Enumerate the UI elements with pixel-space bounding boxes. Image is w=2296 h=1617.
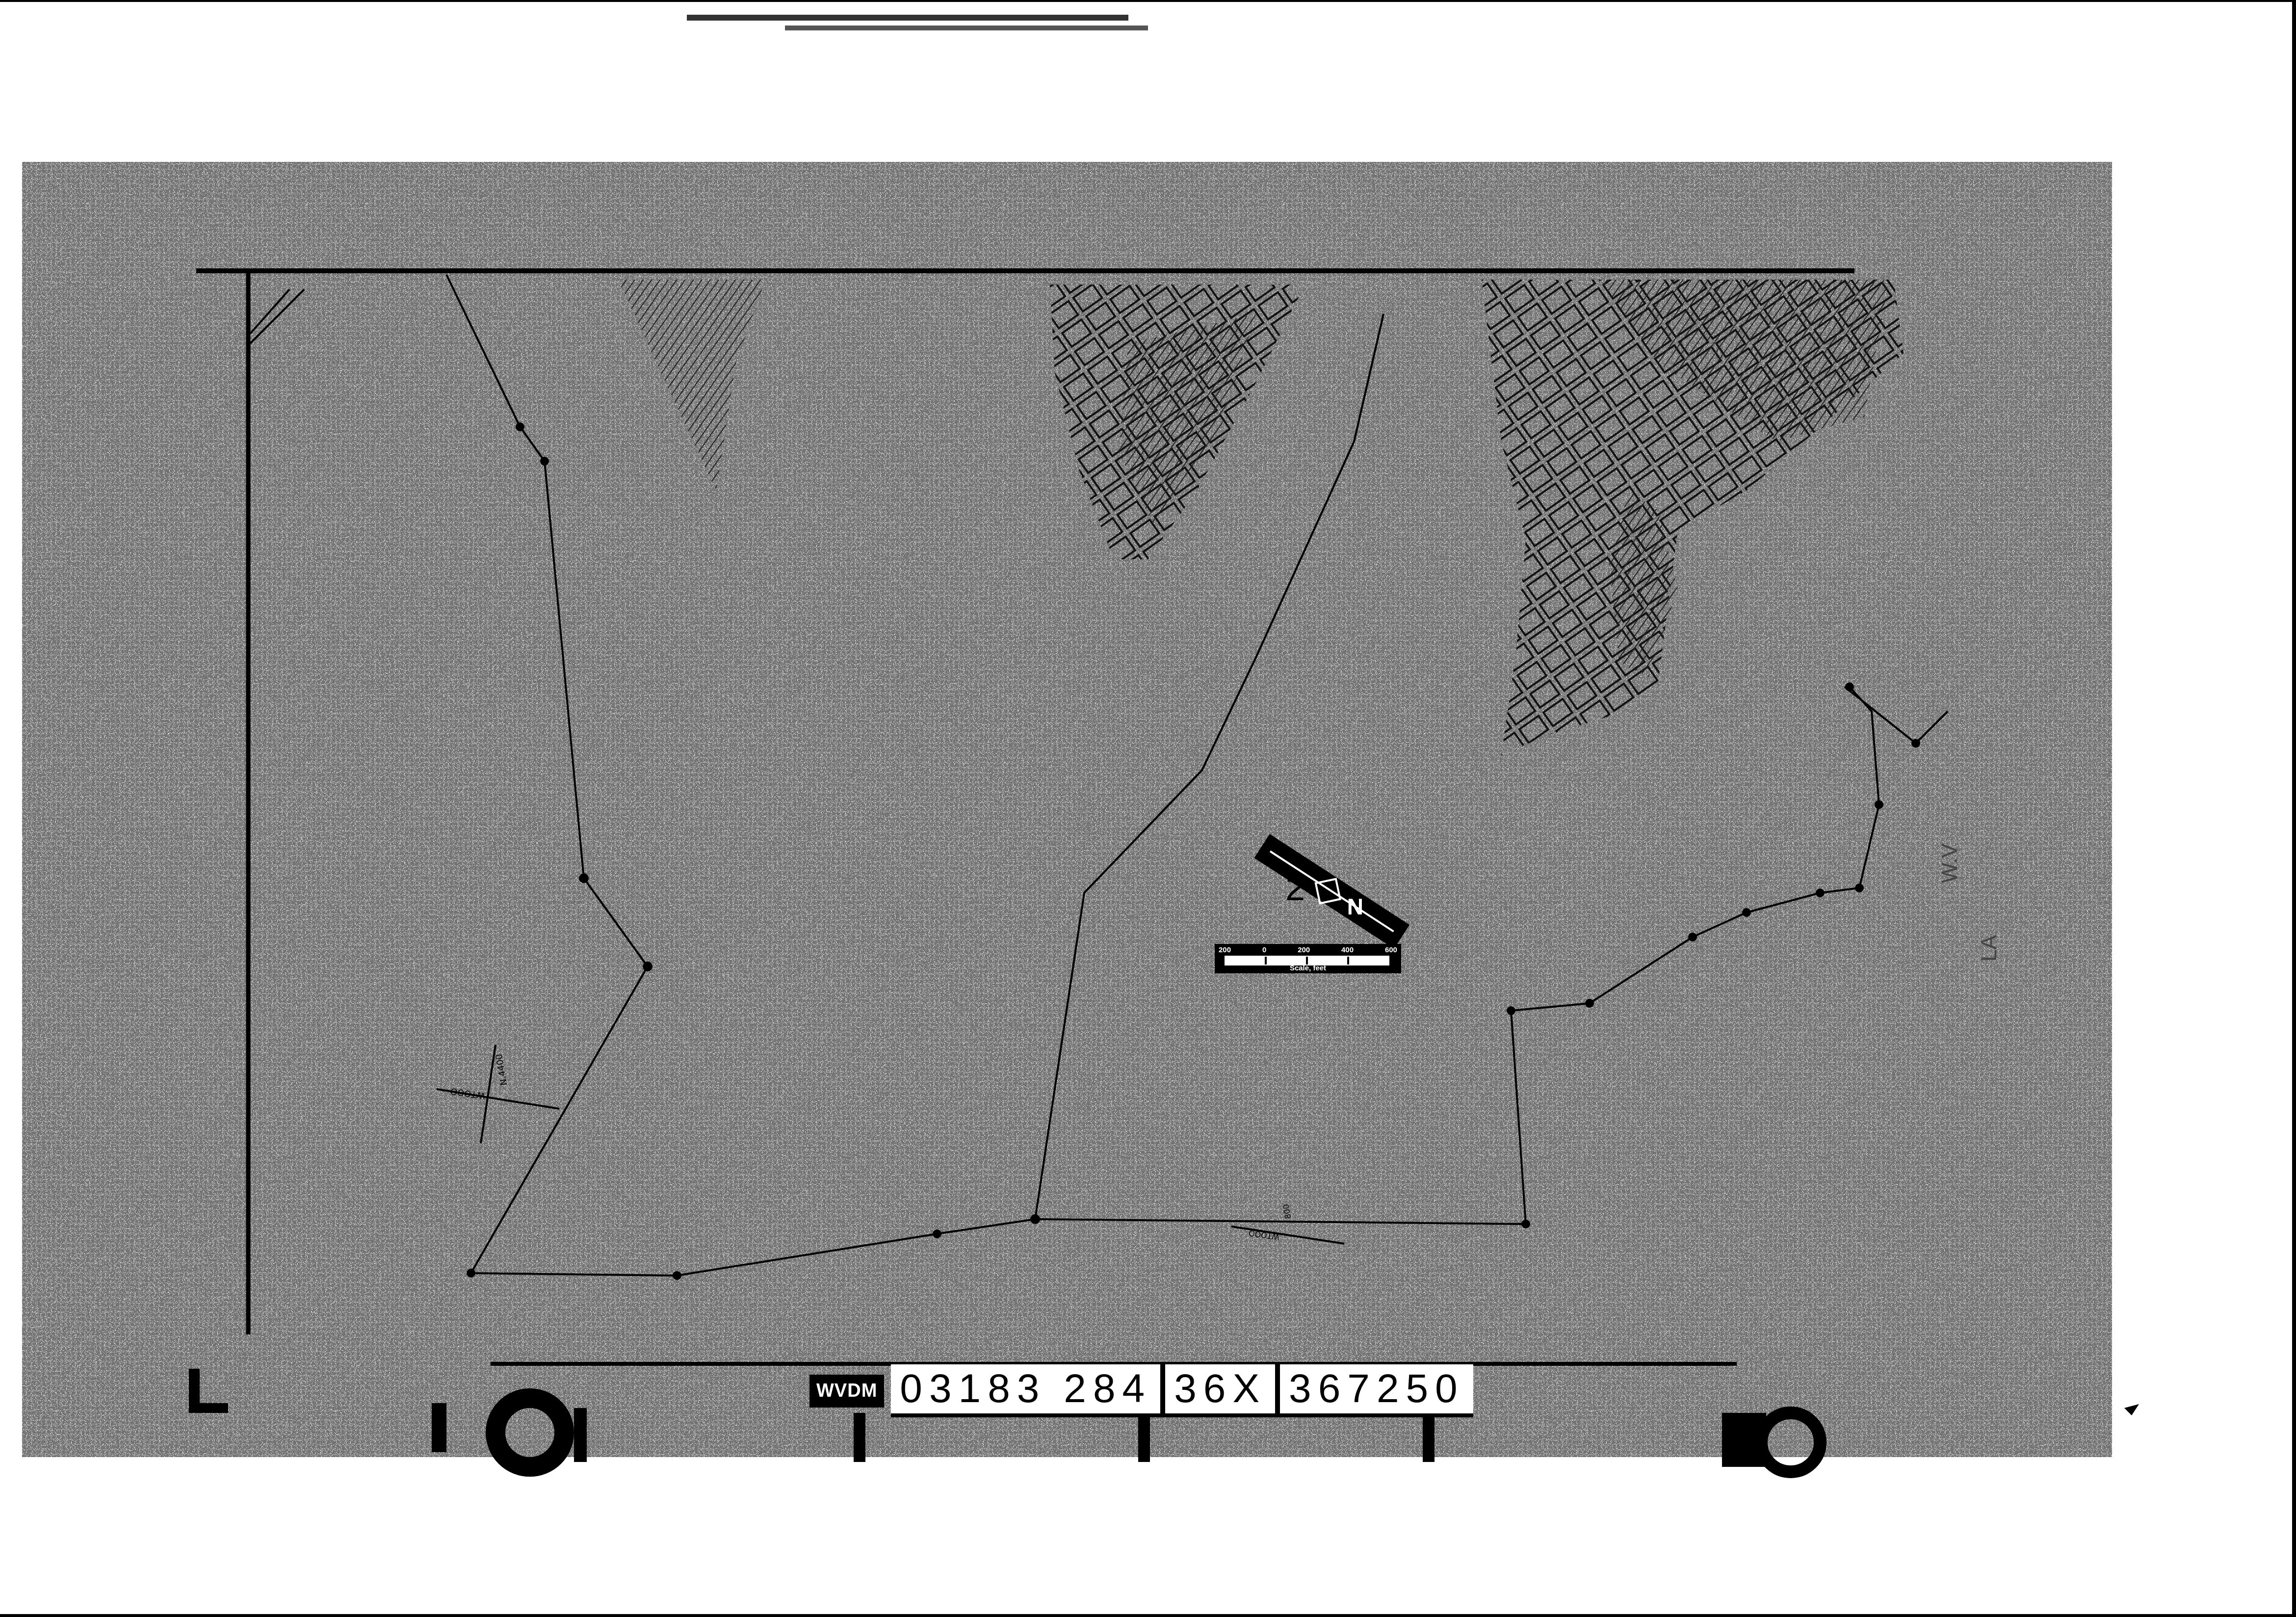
scale-tick: 400: [1341, 946, 1354, 954]
side-label-la: LA: [1977, 935, 2002, 962]
scale-tick: 0: [1262, 946, 1266, 954]
stamp-group-2: 284: [1055, 1364, 1160, 1417]
frame-id-stamp: WVDM 03183 284 36X 367250: [809, 1364, 1473, 1418]
scale-caption: Scale, feet: [1215, 964, 1401, 972]
north-arrow-diamond: [1314, 878, 1341, 905]
sheet-number: 2: [1285, 868, 1305, 909]
scale-tick: 600: [1385, 946, 1397, 954]
side-label-wv: W.V: [1938, 843, 1962, 883]
north-arrow-label: N: [1347, 893, 1363, 920]
stamp-group-4: 367250: [1275, 1364, 1473, 1417]
stamp-group-3: 36X: [1160, 1364, 1275, 1417]
scale-tick: 200: [1298, 946, 1310, 954]
scale-bar: 200 0 200 400 600 Scale, feet: [1215, 944, 1401, 973]
agency-tag: WVDM: [809, 1375, 884, 1408]
scale-tick: 200: [1219, 946, 1231, 954]
stamp-group-1: 03183: [891, 1364, 1055, 1417]
